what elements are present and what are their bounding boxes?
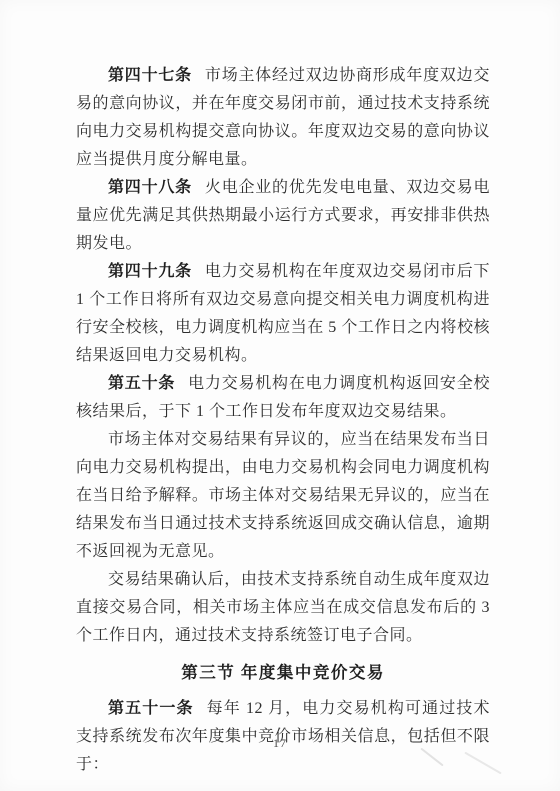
document-body: 第四十七条市场主体经过双边协商形成年度双边交易的意向协议，并在年度交易闭市前，通… bbox=[76, 62, 490, 779]
article-text: 市场主体对交易结果有异议的，应当在结果发布当日向电力交易机构提出，由电力交易机构… bbox=[76, 431, 490, 560]
article-number: 第四十九条 bbox=[108, 263, 192, 280]
section-heading: 第三节 年度集中竞价交易 bbox=[76, 659, 490, 687]
article-paragraph-50-sub1: 市场主体对交易结果有异议的，应当在结果发布当日向电力交易机构提出，由电力交易机构… bbox=[76, 426, 490, 566]
article-number: 第四十八条 bbox=[108, 179, 192, 196]
article-paragraph-50: 第五十条电力交易机构在电力调度机构返回安全校核结果后，于下 1 个工作日发布年度… bbox=[76, 370, 490, 426]
article-number: 第五十一条 bbox=[108, 700, 194, 717]
article-paragraph-47: 第四十七条市场主体经过双边协商形成年度双边交易的意向协议，并在年度交易闭市前，通… bbox=[76, 62, 490, 174]
article-paragraph-49: 第四十九条电力交易机构在年度双边交易闭市后下 1 个工作日将所有双边交易意向提交… bbox=[76, 258, 490, 370]
page-number: 17 bbox=[0, 736, 560, 751]
article-text: 交易结果确认后，由技术支持系统自动生成年度双边直接交易合同，相关市场主体应当在成… bbox=[76, 571, 490, 644]
article-paragraph-48: 第四十八条火电企业的优先发电电量、双边交易电量应优先满足其供热期最小运行方式要求… bbox=[76, 174, 490, 258]
article-number: 第五十条 bbox=[108, 375, 175, 392]
document-page: 第四十七条市场主体经过双边协商形成年度双边交易的意向协议，并在年度交易闭市前，通… bbox=[0, 0, 560, 791]
article-number: 第四十七条 bbox=[108, 67, 192, 84]
article-paragraph-50-sub2: 交易结果确认后，由技术支持系统自动生成年度双边直接交易合同，相关市场主体应当在成… bbox=[76, 566, 490, 650]
